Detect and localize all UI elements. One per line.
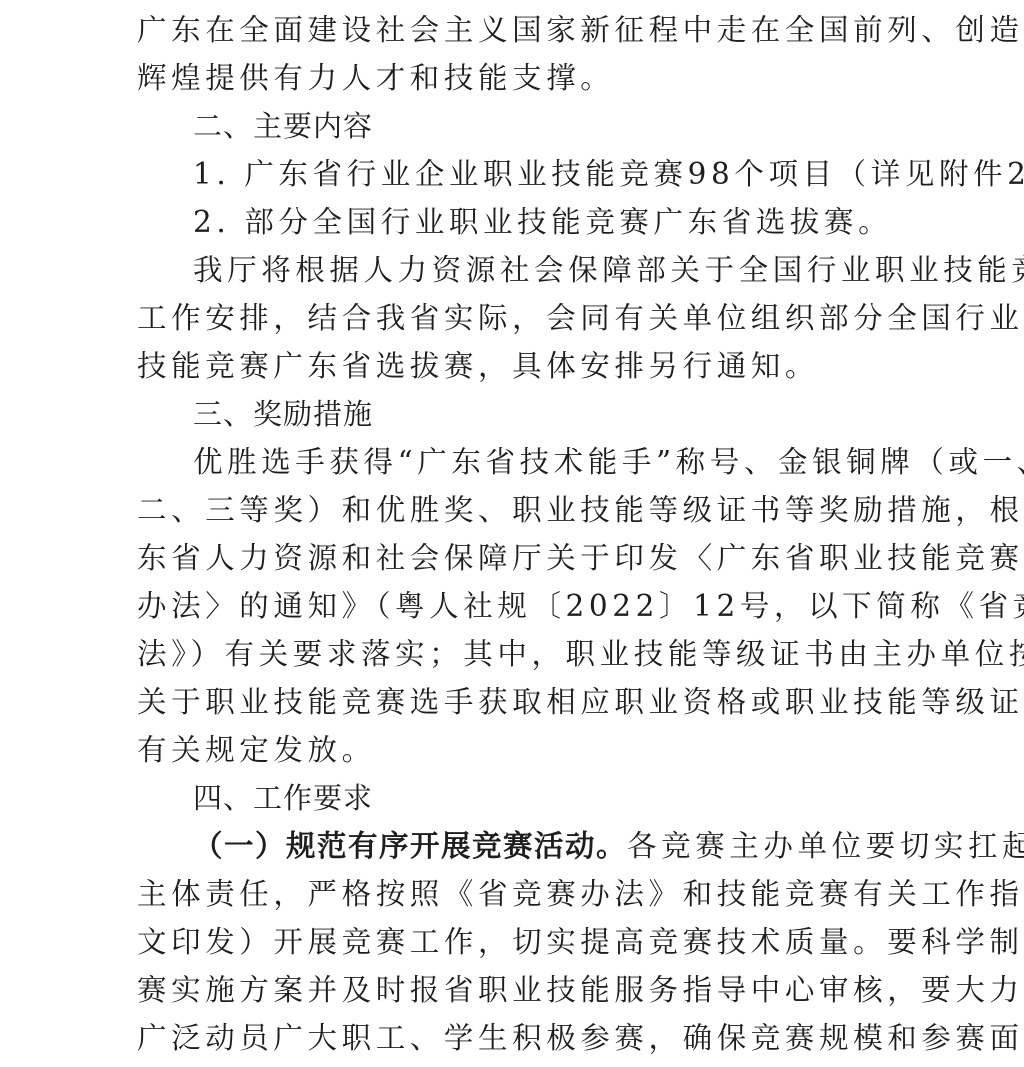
paragraph-line: 我厅将根据人力资源社会保障部关于全国行业职业技能竞赛: [137, 246, 903, 294]
list-item-2: 2. 部分全国行业职业技能竞赛广东省选拔赛。: [137, 198, 903, 246]
paragraph-text: 各竞赛主办单位要切实扛起: [627, 829, 1024, 863]
paragraph-line: 有关规定发放。: [137, 726, 903, 774]
paragraph-line: 文印发）开展竞赛工作，切实提高竞赛技术质量。要科学制定竞: [137, 918, 903, 966]
list-item-1: 1. 广东省行业企业职业技能竞赛98个项目（详见附件2）;: [137, 150, 903, 198]
paragraph-line: 主体责任，严格按照《省竞赛办法》和技能竞赛有关工作指引（另: [137, 870, 903, 918]
paragraph-line: 工作安排，结合我省实际，会同有关单位组织部分全国行业职业: [137, 294, 903, 342]
paragraph-line: 二、三等奖）和优胜奖、职业技能等级证书等奖励措施，根据《广: [137, 486, 903, 534]
paragraph-line: 关于职业技能竞赛选手获取相应职业资格或职业技能等级证书的: [137, 678, 903, 726]
paragraph-line: 技能竞赛广东省选拔赛，具体安排另行通知。: [137, 342, 903, 390]
section-heading-rewards: 三、奖励措施: [137, 390, 903, 438]
section-heading-work-requirements: 四、工作要求: [137, 774, 903, 822]
paragraph-line: 广东在全面建设社会主义国家新征程中走在全国前列、创造新的: [137, 6, 903, 54]
subsection-title: （一）规范有序开展竞赛活动。: [193, 829, 627, 863]
document-page: 广东在全面建设社会主义国家新征程中走在全国前列、创造新的 辉煌提供有力人才和技能…: [137, 6, 903, 1062]
paragraph-line: 广泛动员广大职工、学生积极参赛，确保竞赛规模和参赛面。竞: [137, 1014, 903, 1062]
paragraph-line: 辉煌提供有力人才和技能支撑。: [137, 54, 903, 102]
paragraph-line: 办法〉的通知》（粤人社规〔2022〕12号，以下简称《省竞赛办: [137, 582, 903, 630]
paragraph-line: 赛实施方案并及时报省职业技能服务指导中心审核，要大力发动、: [137, 966, 903, 1014]
paragraph-line: 优胜选手获得“广东省技术能手”称号、金银铜牌（或一、: [137, 438, 903, 486]
paragraph-line: 法》）有关要求落实；其中，职业技能等级证书由主办单位按照: [137, 630, 903, 678]
paragraph-line-mixed: （一）规范有序开展竞赛活动。各竞赛主办单位要切实扛起: [137, 822, 903, 870]
paragraph-line: 东省人力资源和社会保障厅关于印发〈广东省职业技能竞赛管理: [137, 534, 903, 582]
section-heading-main-content: 二、主要内容: [137, 102, 903, 150]
